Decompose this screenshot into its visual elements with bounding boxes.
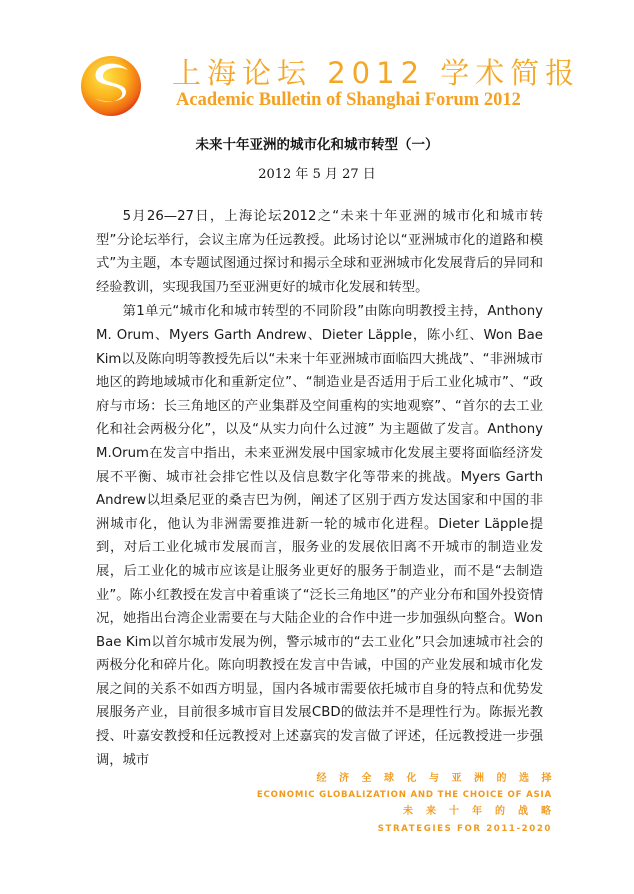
footer-slogan-en: ECONOMIC GLOBALIZATION AND THE CHOICE OF…: [257, 787, 552, 803]
footer-slogan-cn: 经济全球化与亚洲的选择: [257, 770, 564, 787]
bulletin-footer: 经济全球化与亚洲的选择 ECONOMIC GLOBALIZATION AND T…: [257, 770, 552, 837]
article-body: 5月26—27日，上海论坛2012之“未来十年亚洲的城市化和城市转型”分论坛举行…: [96, 205, 543, 772]
article-date: 2012 年 5 月 27 日: [0, 163, 634, 182]
bulletin-title-en: Academic Bulletin of Shanghai Forum 2012: [176, 90, 521, 111]
shanghai-forum-logo-icon: [76, 50, 146, 120]
paragraph-1: 5月26—27日，上海论坛2012之“未来十年亚洲的城市化和城市转型”分论坛举行…: [96, 205, 543, 299]
footer-strategy-en: STRATEGIES FOR 2011-2020: [257, 821, 552, 837]
bulletin-title-cn: 上海论坛 2012 学术简报: [172, 51, 580, 92]
paragraph-2: 第1单元“城市化和城市转型的不同阶段”由陈向明教授主持，Anthony M. O…: [96, 300, 543, 772]
bulletin-header: 上海论坛 2012 学术简报 Academic Bulletin of Shan…: [0, 0, 634, 125]
article-title: 未来十年亚洲的城市化和城市转型（一）: [0, 133, 634, 153]
footer-strategy-cn: 未来十年的战略: [257, 803, 564, 821]
